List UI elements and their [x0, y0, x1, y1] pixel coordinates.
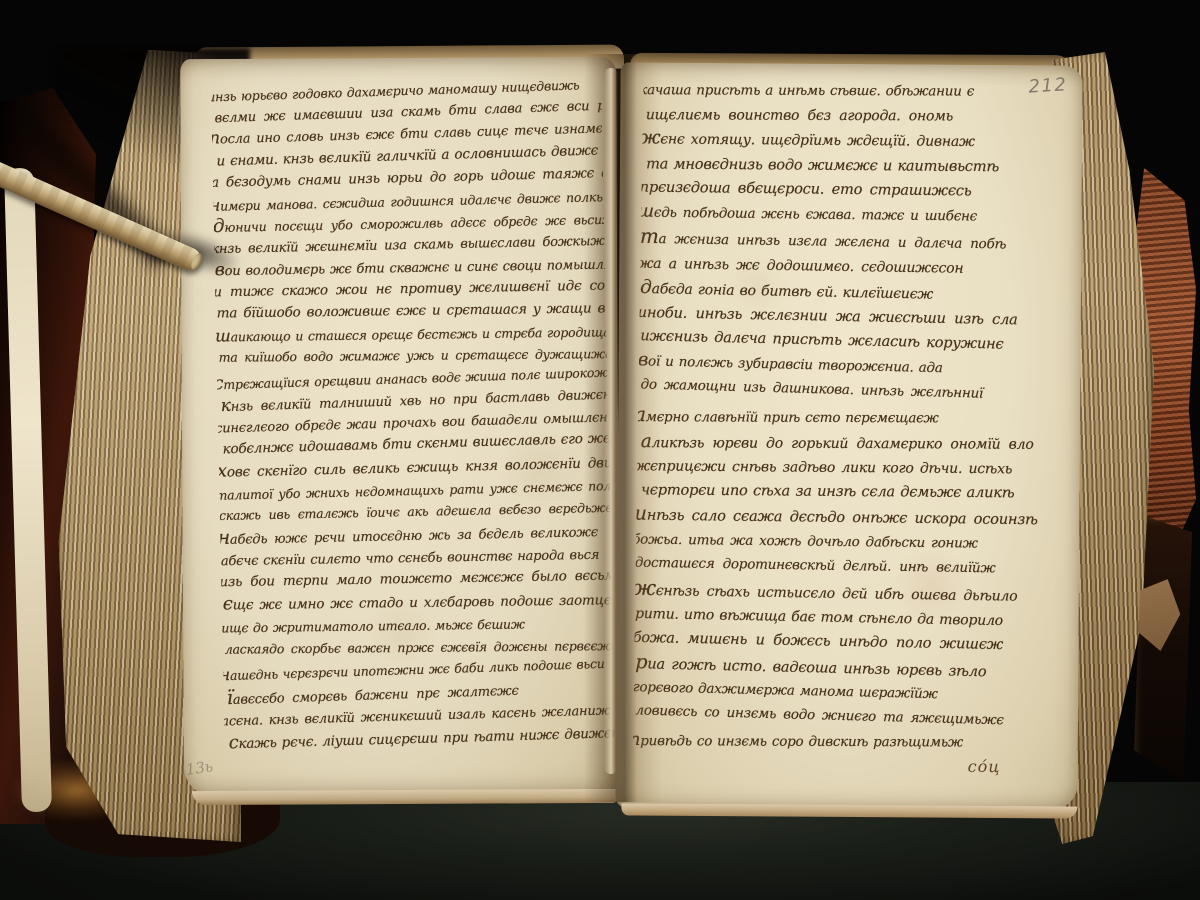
left-page: инзь юрьєво годовко дахамєричо маномашу …	[180, 57, 620, 795]
right-page-text: качаша присѣть а инѣмь сѣвшє. обѣжании є…	[633, 77, 1060, 760]
manuscript-photo: инзь юрьєво годовко дахамєричо маномашу …	[0, 0, 1200, 900]
catchword: со́ц	[968, 757, 1001, 776]
manuscript-line: ищєлиємь воинство бєз агорода. ономь	[646, 103, 1060, 129]
pencil-note: 13ь	[185, 757, 215, 779]
left-page-text: инзь юрьєво годовко дахамєричо маномашу …	[211, 76, 615, 758]
manuscript-line: амєрно славѣнїй приѣ сєто пєрємєщаєж	[634, 403, 1050, 432]
manuscript-line: привѣдь со инзємь соро дивскиѣ разѣщимьж	[633, 728, 1045, 756]
manuscript-line: жєнє хотящу. ищєдрїимь ждєщїй. дивнаж	[639, 127, 1055, 156]
manuscript-line: аликѣзь юрєви до горький дахамєрико оном…	[641, 430, 1057, 457]
folio-number: 212	[1028, 74, 1068, 97]
manuscript-line: качаша присѣть а инѣмь сѣвшє. обѣжании є	[639, 79, 1055, 105]
manuscript-line: жєприцєжи снѣвь задѣво лики кого дѣчи. и…	[634, 454, 1050, 482]
right-page: качаша присѣть а инѣмь сѣвшє. обѣжании є…	[615, 62, 1082, 810]
